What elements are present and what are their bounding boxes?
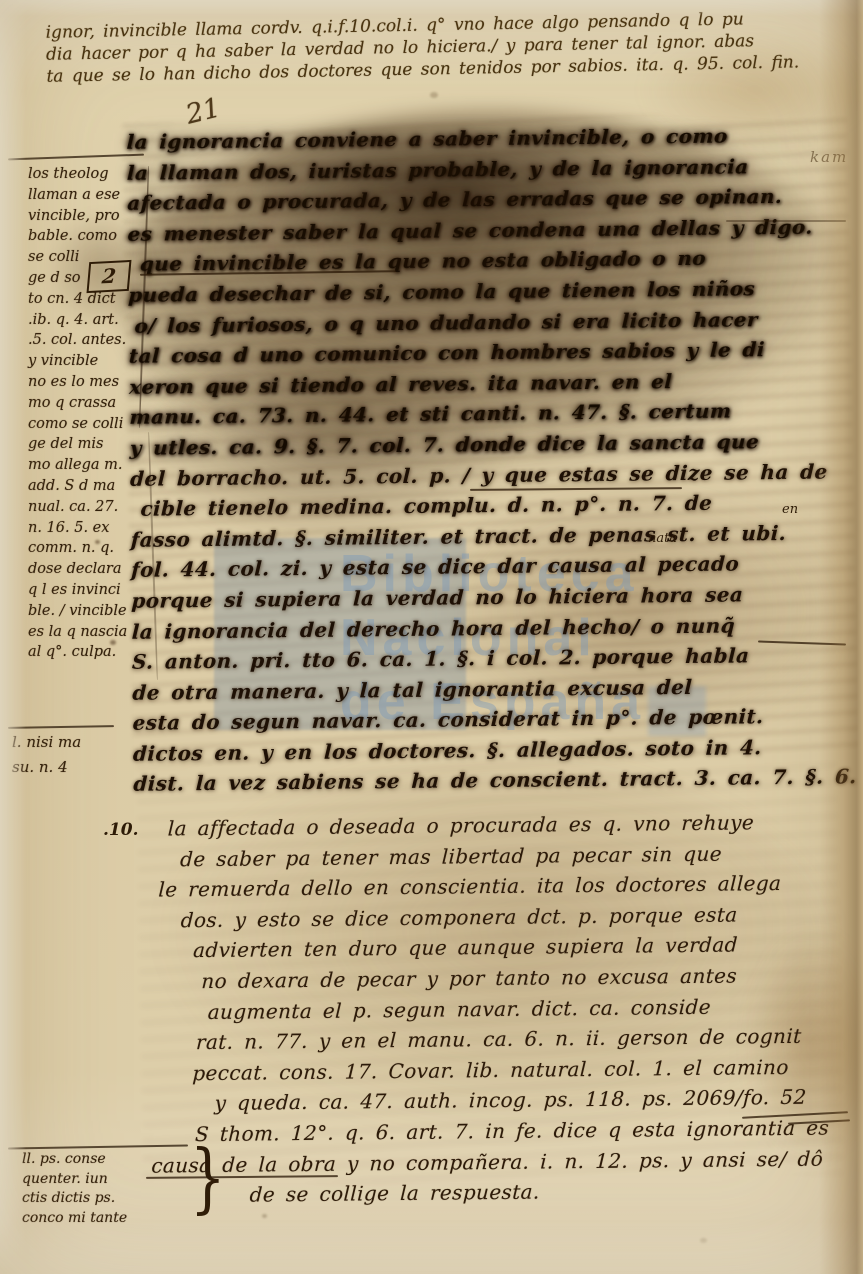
ink-speck: [262, 1214, 267, 1218]
manuscript-page: BibliotecaNacionalde España ignor, invin…: [0, 0, 863, 1274]
text-line: to cn. 4 dict: [28, 289, 127, 310]
margin-notes-bottom: ll. ps. consequenter. iunctis dictis ps.…: [22, 1150, 127, 1228]
page-edge-top: [0, 0, 863, 16]
text-line: .5. col. antes.: [28, 330, 127, 351]
page-edge-left: [0, 0, 26, 1274]
interlinear-insertion: en: [782, 502, 798, 517]
text-line: llaman a ese: [28, 185, 127, 206]
text-line: vincible, pro: [28, 206, 127, 227]
text-line: ll. ps. conse: [22, 1150, 127, 1170]
paragraph-number-box: 2: [87, 260, 132, 293]
ink-speck: [110, 640, 116, 645]
text-line: q l es invinci: [28, 580, 127, 601]
interlinear-insertion: nata: [648, 531, 677, 546]
text-line: nual. ca. 27.: [28, 497, 127, 518]
text-line: ctis dictis ps.: [22, 1189, 127, 1209]
margin-notes-upper: los theologllaman a esevincible, probabl…: [28, 164, 127, 663]
ink-speck: [95, 540, 100, 544]
text-line: mo allega m.: [28, 455, 127, 476]
page-edge-bottom: [0, 1222, 863, 1274]
text-line: add. S d ma: [28, 476, 127, 497]
text-line: bable. como: [28, 226, 127, 247]
text-line: como se colli: [28, 414, 127, 435]
text-line: al q°. culpa.: [28, 642, 127, 663]
text-line: n. 16. 5. ex: [28, 518, 127, 539]
text-line: comm. n. q.: [28, 538, 127, 559]
ink-speck: [430, 92, 438, 98]
main-text-block: la ignorancia conviene a saber invincibl…: [126, 122, 863, 1214]
text-line: ble. / vincible: [28, 601, 127, 622]
text-line: de se collige la respuesta.: [137, 1176, 863, 1214]
top-annotation: ignor, invincible llama cordv. q.i.f.10.…: [45, 6, 858, 88]
paragraph-number: 2: [101, 264, 117, 289]
text-line: mo q crassa: [28, 393, 127, 414]
text-line: no es lo mes: [28, 372, 127, 393]
text-line: los theolog: [28, 164, 127, 185]
text-line: y vincible: [28, 351, 127, 372]
text-line: quenter. iun: [22, 1170, 127, 1190]
text-line: dist. la vez sabiens se ha de conscient.…: [133, 765, 860, 803]
page-edge-right: [819, 0, 863, 1274]
text-line: ge del mis: [28, 434, 127, 455]
text-line: dose declara: [28, 559, 127, 580]
text-line: .ib. q. 4. art.: [28, 310, 127, 331]
